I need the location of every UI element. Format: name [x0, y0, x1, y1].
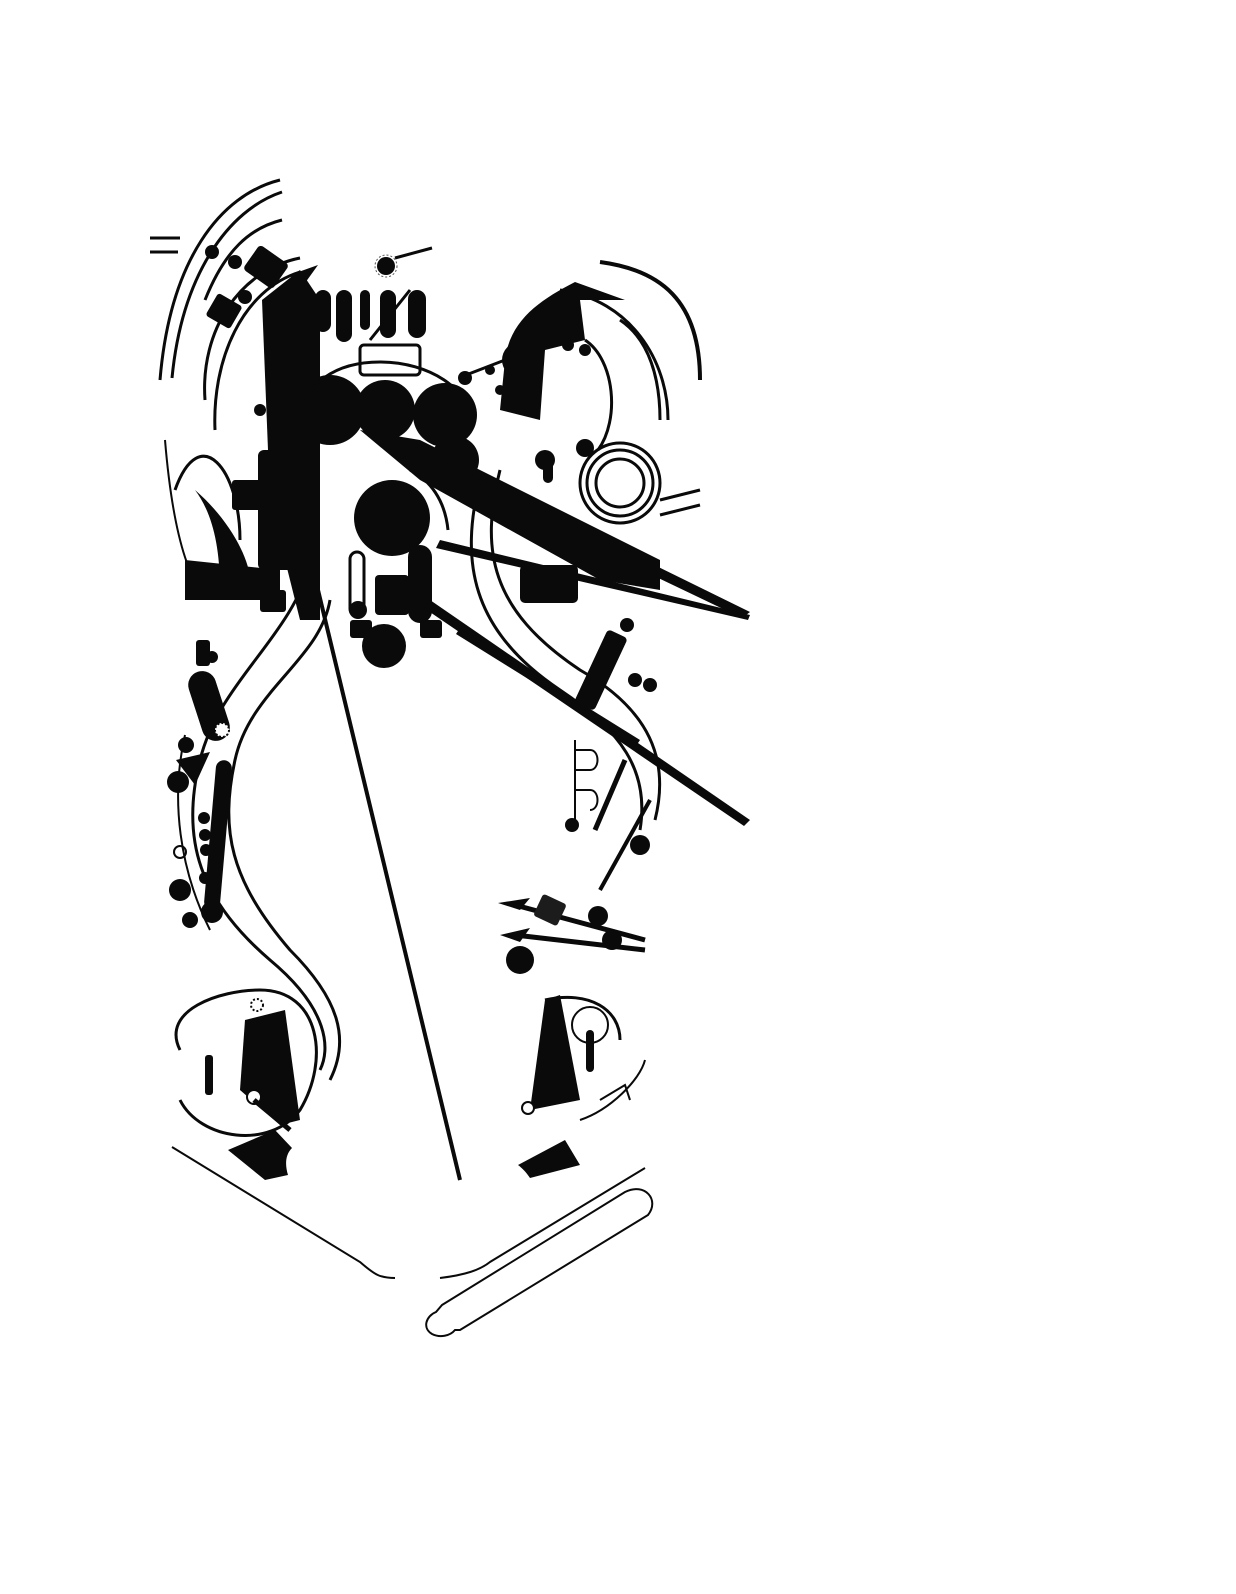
flippers	[228, 1130, 580, 1180]
slingshots	[176, 990, 645, 1135]
playfield-diagram	[0, 0, 1236, 1594]
target-rings	[580, 443, 700, 523]
plunger-lane	[426, 1189, 652, 1336]
outlanes	[172, 1147, 645, 1278]
